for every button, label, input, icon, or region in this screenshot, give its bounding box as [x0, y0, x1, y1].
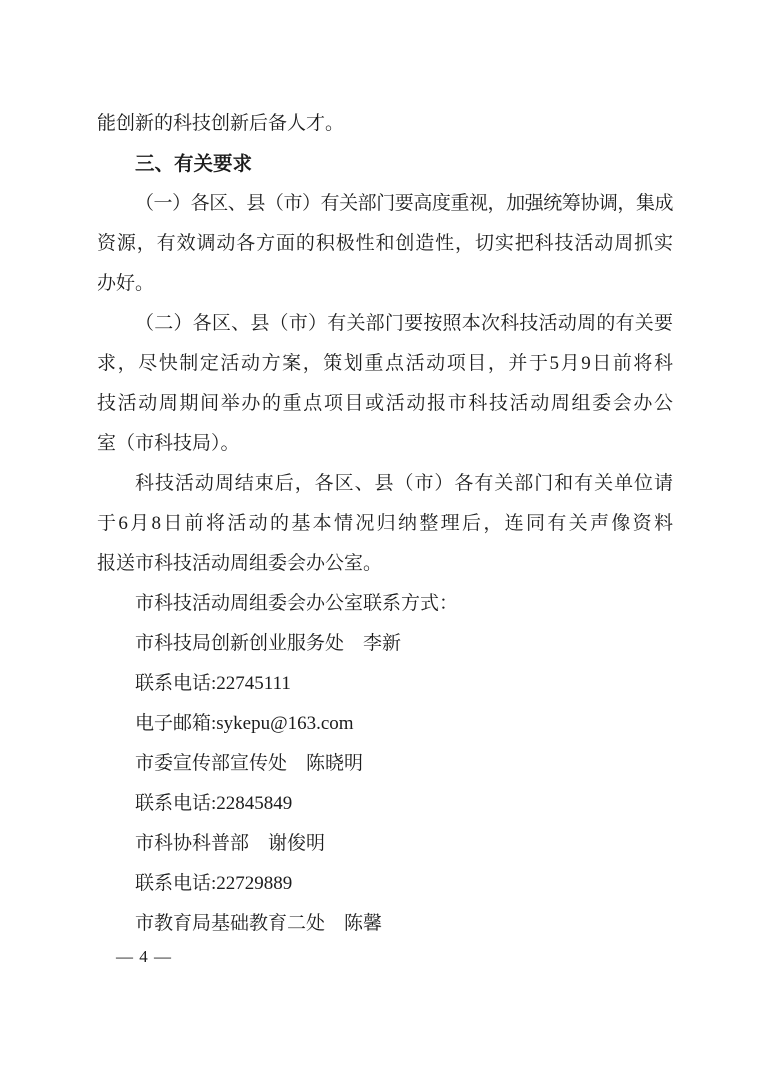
text-line: 室（市科技局）。 — [97, 424, 673, 464]
contact-phone-line: 联系电话:22729889 — [97, 864, 673, 904]
contact-person-line: 市委宣传部宣传处 陈晓明 — [97, 744, 673, 784]
text-line: （一）各区、县（市）有关部门要高度重视，加强统筹协调，集成 — [97, 184, 673, 224]
text-line: 技活动周期间举办的重点项目或活动报市科技活动周组委会办公 — [97, 384, 673, 424]
text-line: 于6月8日前将活动的基本情况归纳整理后，连同有关声像资料 — [97, 504, 673, 544]
text-line: 报送市科技活动周组委会办公室。 — [97, 544, 673, 584]
contact-person-line: 市科技局创新创业服务处 李新 — [97, 624, 673, 664]
contact-email-line: 电子邮箱:sykepu@163.com — [97, 704, 673, 744]
document-page: 能创新的科技创新后备人才。 三、有关要求 （一）各区、县（市）有关部门要高度重视… — [0, 0, 768, 1086]
text-line: （二）各区、县（市）有关部门要按照本次科技活动周的有关要 — [97, 304, 673, 344]
contact-person-line: 市教育局基础教育二处 陈馨 — [97, 904, 673, 944]
text-line: 能创新的科技创新后备人才。 — [97, 104, 673, 144]
text-line: 求，尽快制定活动方案，策划重点活动项目，并于5月9日前将科 — [97, 344, 673, 384]
text-line: 资源，有效调动各方面的积极性和创造性，切实把科技活动周抓实 — [97, 224, 673, 264]
contact-phone-line: 联系电话:22845849 — [97, 784, 673, 824]
contact-person-line: 市科协科普部 谢俊明 — [97, 824, 673, 864]
text-line: 科技活动周结束后，各区、县（市）各有关部门和有关单位请 — [97, 464, 673, 504]
contact-intro-line: 市科技活动周组委会办公室联系方式： — [97, 584, 673, 624]
document-body: 能创新的科技创新后备人才。 三、有关要求 （一）各区、县（市）有关部门要高度重视… — [97, 104, 673, 944]
page-number: — 4 — — [116, 944, 172, 970]
contact-phone-line: 联系电话:22745111 — [97, 664, 673, 704]
section-heading: 三、有关要求 — [97, 144, 673, 184]
text-line: 办好。 — [97, 264, 673, 304]
